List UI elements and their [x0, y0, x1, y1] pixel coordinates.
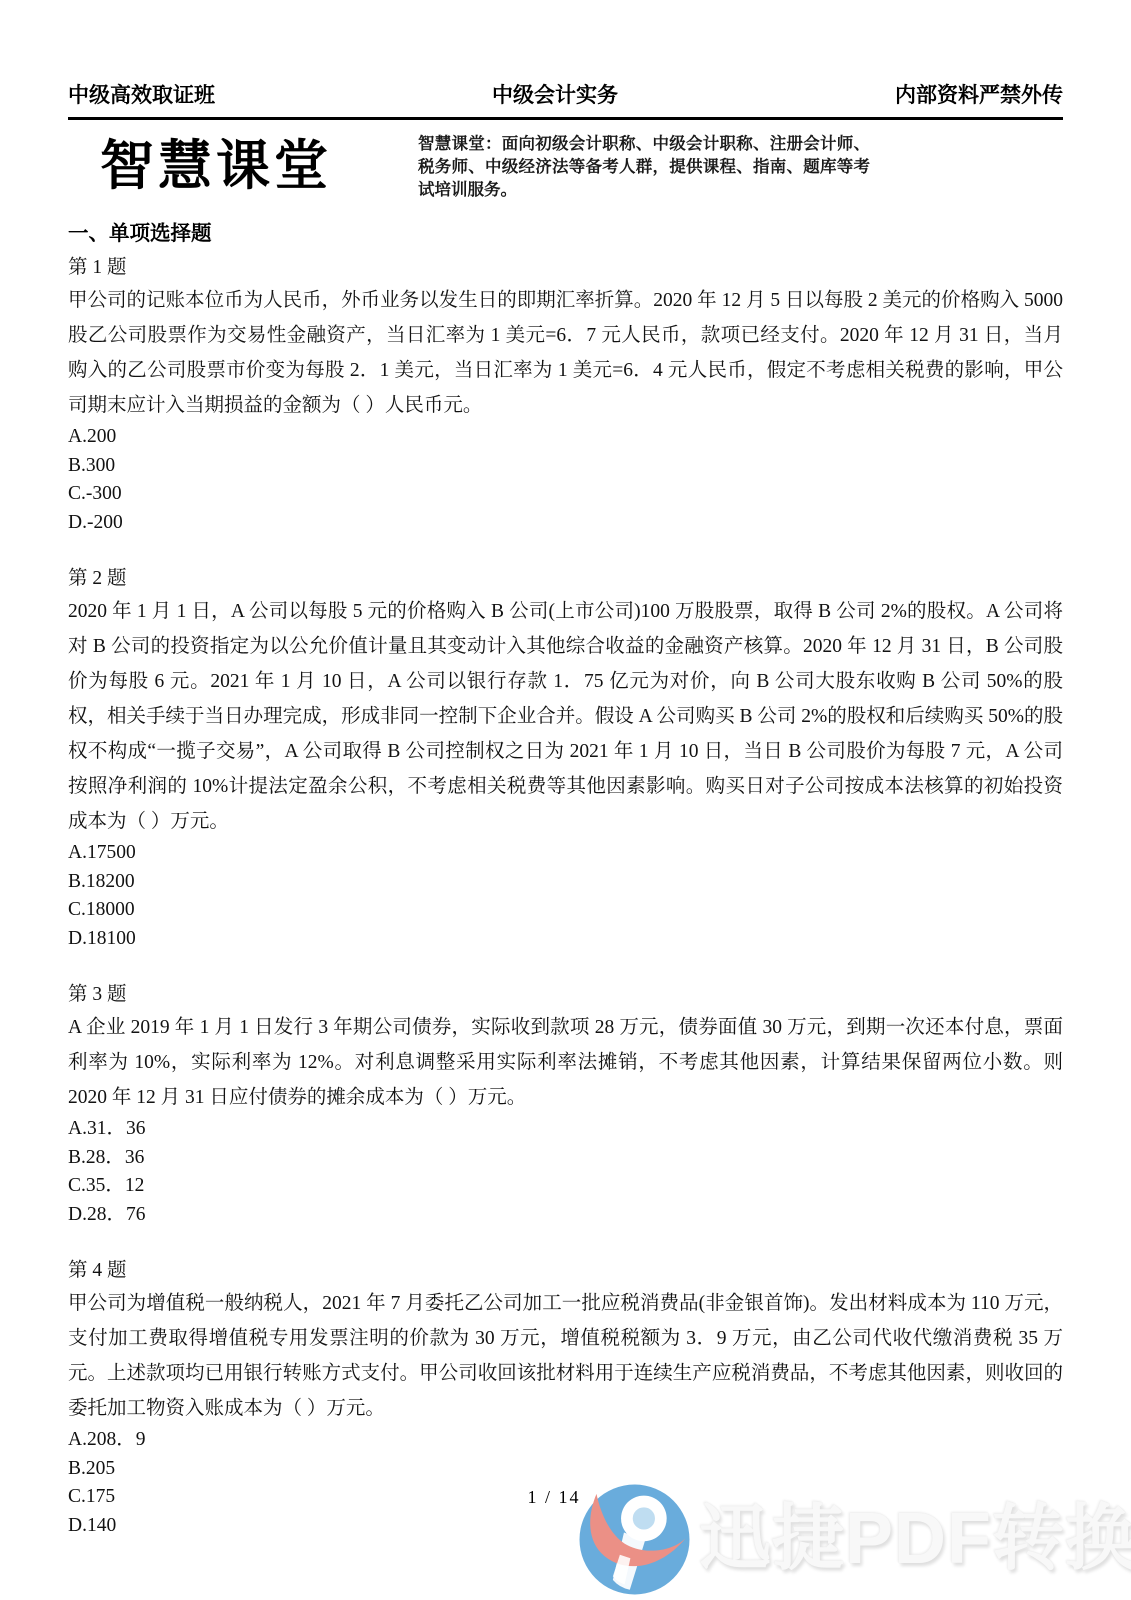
- question-label: 第 1 题: [68, 253, 1063, 283]
- question-body: 甲公司为增值税一般纳税人，2021 年 7 月委托乙公司加工一批应税消费品(非金…: [68, 1286, 1063, 1426]
- question-block-3: 第 3 题 A 企业 2019 年 1 月 1 日发行 3 年期公司债券，实际收…: [68, 980, 1063, 1229]
- option-c: C.35．12: [68, 1172, 1063, 1201]
- option-b: B.205: [68, 1455, 1063, 1484]
- page: 中级高效取证班 中级会计实务 内部资料严禁外传 智慧课堂 智慧课堂：面向初级会计…: [0, 0, 1131, 1540]
- watermark-text: 迅捷PDF转换器: [699, 1503, 1131, 1575]
- question-body: 2020 年 1 月 1 日，A 公司以每股 5 元的价格购入 B 公司(上市公…: [68, 594, 1063, 839]
- question-label: 第 4 题: [68, 1256, 1063, 1286]
- section-title: 一、单项选择题: [68, 216, 1063, 246]
- option-b: B.18200: [68, 868, 1063, 897]
- brand-description: 智慧课堂：面向初级会计职称、中级会计职称、注册会计师、税务师、中级经济法等备考人…: [418, 130, 870, 202]
- option-d: D.18100: [68, 925, 1063, 954]
- option-b: B.28．36: [68, 1144, 1063, 1173]
- question-body: 甲公司的记账本位币为人民币，外币业务以发生日的即期汇率折算。2020 年 12 …: [68, 283, 1063, 423]
- option-d: D.28．76: [68, 1201, 1063, 1230]
- question-label: 第 2 题: [68, 564, 1063, 594]
- question-block-1: 第 1 题 甲公司的记账本位币为人民币，外币业务以发生日的即期汇率折算。2020…: [68, 253, 1063, 537]
- brand-logo-text: 智慧课堂: [100, 130, 332, 195]
- page-header: 中级高效取证班 中级会计实务 内部资料严禁外传: [68, 0, 1063, 108]
- question-label: 第 3 题: [68, 980, 1063, 1010]
- option-a: A.200: [68, 423, 1063, 452]
- header-center-label: 中级会计实务: [492, 84, 618, 108]
- option-a: A.208．9: [68, 1426, 1063, 1455]
- option-c: C.18000: [68, 896, 1063, 925]
- option-a: A.31．36: [68, 1115, 1063, 1144]
- header-right-label: 内部资料严禁外传: [895, 84, 1063, 108]
- option-d: D.-200: [68, 509, 1063, 538]
- option-b: B.300: [68, 452, 1063, 481]
- header-divider: [68, 117, 1063, 120]
- option-a: A.17500: [68, 839, 1063, 868]
- brand-row: 智慧课堂 智慧课堂：面向初级会计职称、中级会计职称、注册会计师、税务师、中级经济…: [68, 130, 1063, 202]
- question-body: A 企业 2019 年 1 月 1 日发行 3 年期公司债券，实际收到款项 28…: [68, 1010, 1063, 1115]
- question-block-2: 第 2 题 2020 年 1 月 1 日，A 公司以每股 5 元的价格购入 B …: [68, 564, 1063, 953]
- page-number: 1 / 14: [0, 1487, 1108, 1508]
- option-c: C.-300: [68, 480, 1063, 509]
- header-left-label: 中级高效取证班: [68, 84, 215, 108]
